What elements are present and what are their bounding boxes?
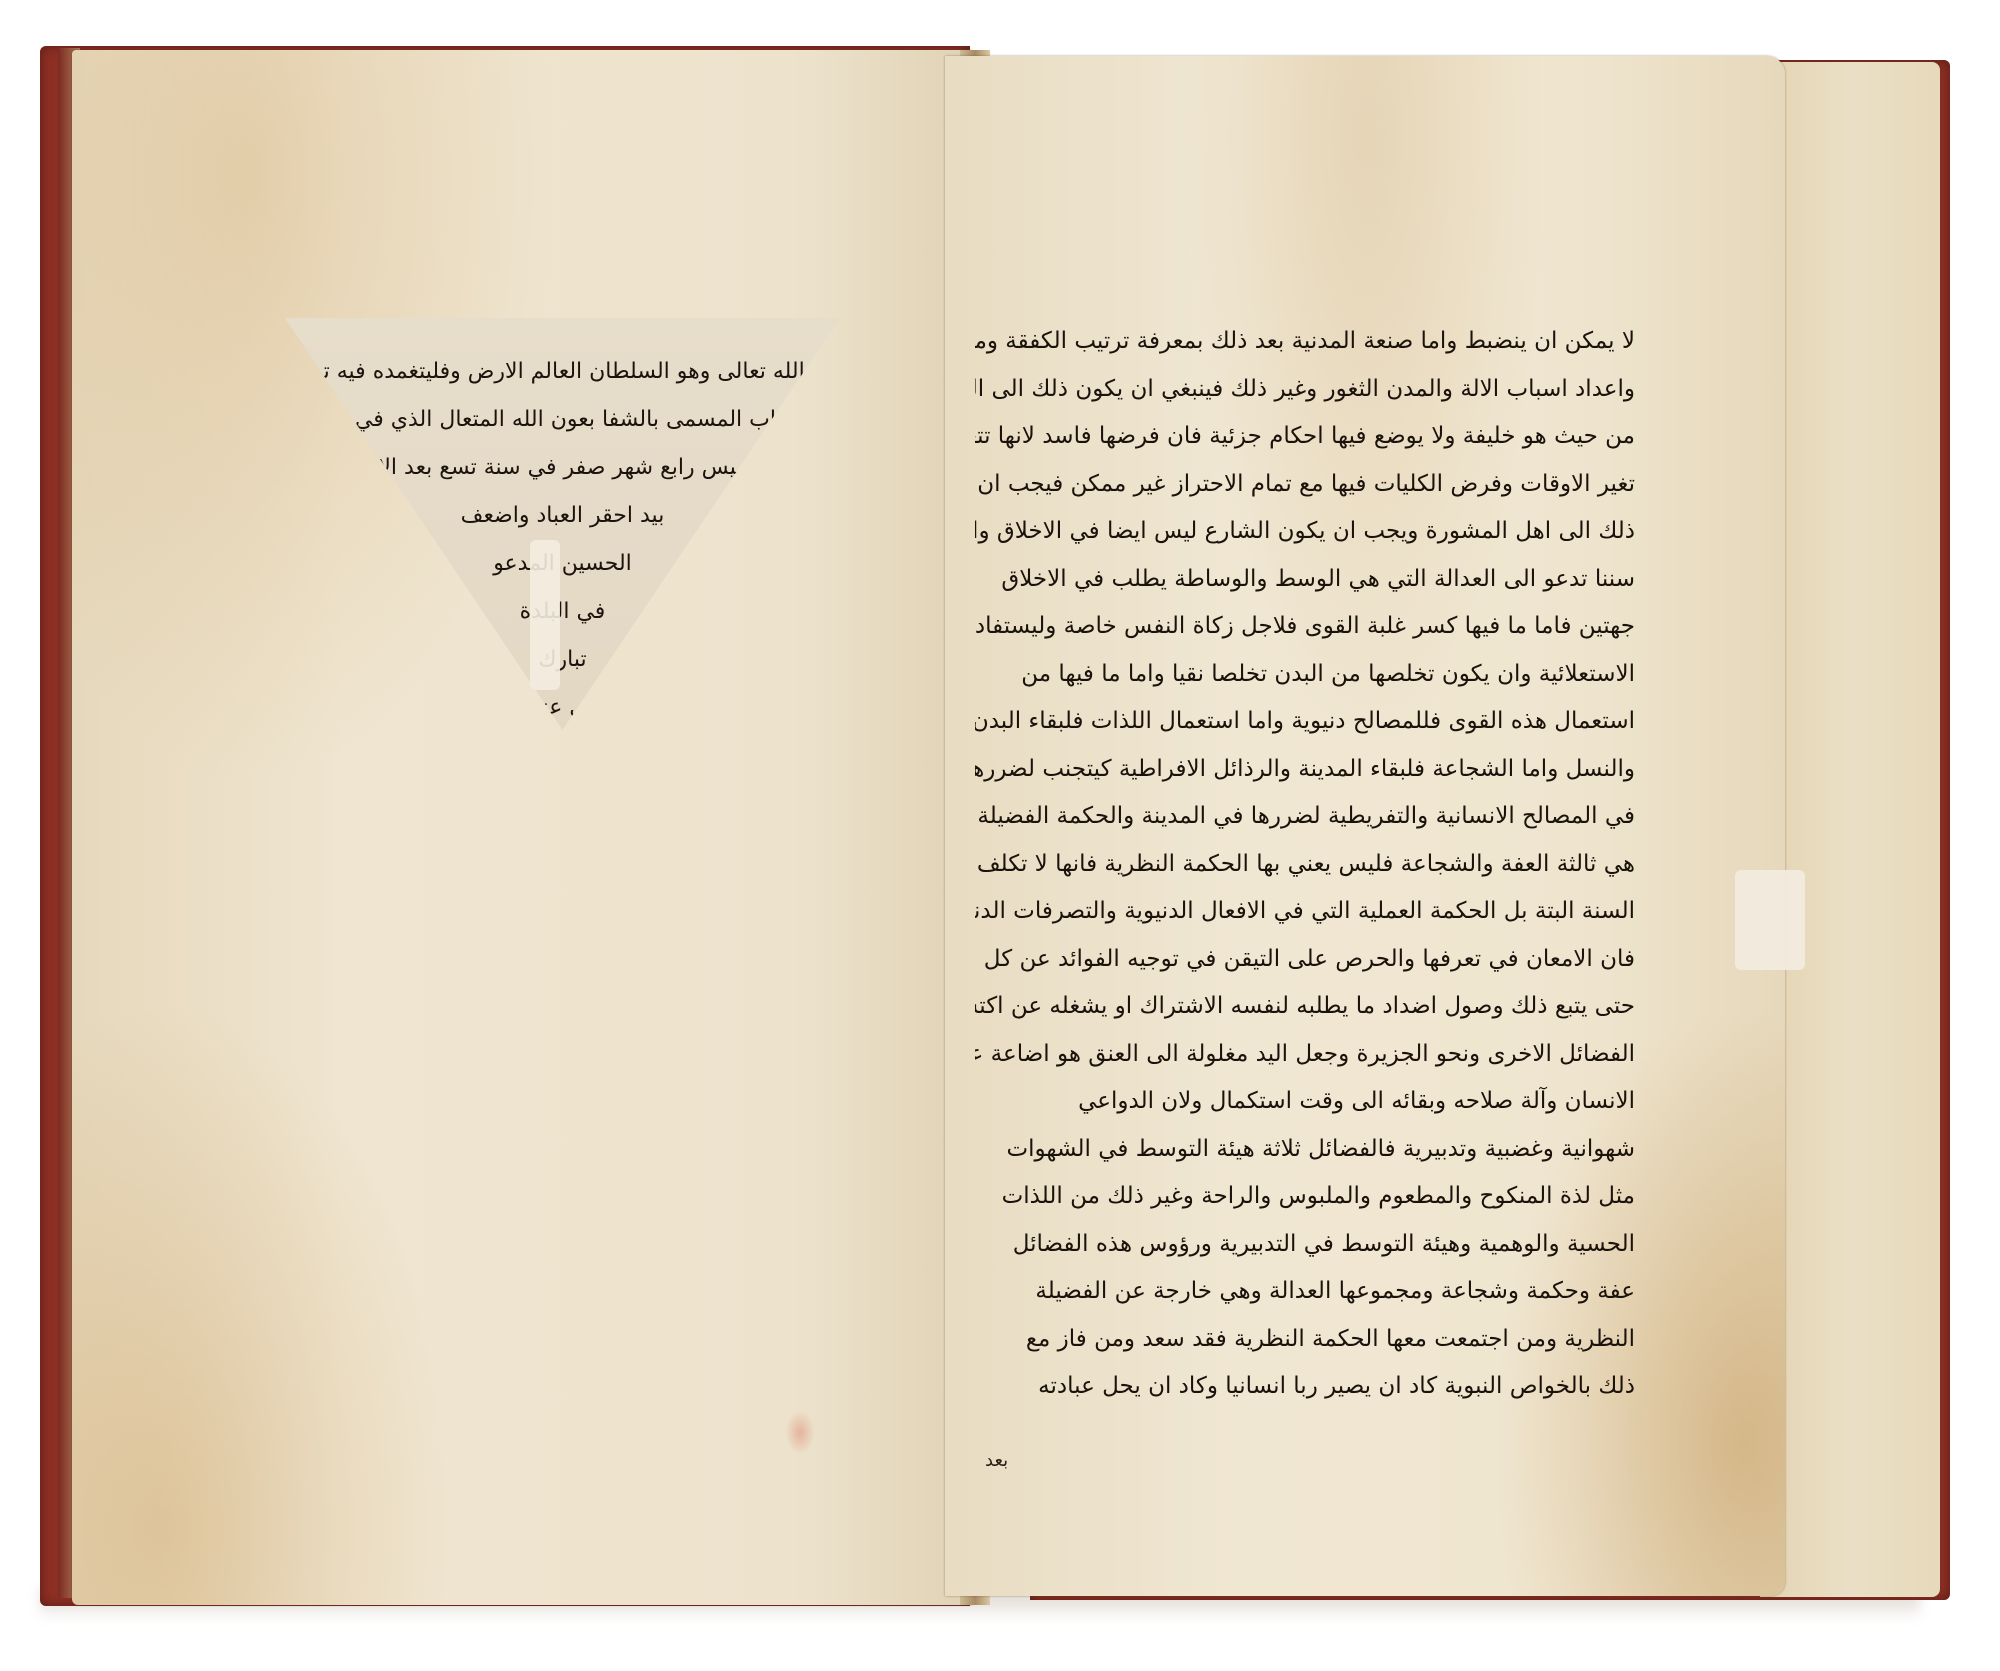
text-line: حتى يتبع ذلك وصول اضداد ما يطلبه لنفسه ا… (975, 983, 1635, 1031)
paper-repair-patch (1735, 870, 1805, 970)
text-line: شهوانية وغضبية وتدبيرية فالفضائل ثلاثة ه… (975, 1126, 1635, 1174)
catchword: بعد (985, 1450, 1008, 1471)
red-ink-stain (785, 1410, 815, 1455)
text-line: عفة وحكمة وشجاعة ومجموعها العدالة وهي خا… (975, 1268, 1635, 1316)
text-line: في المصالح الانسانية والتفريطية لضررها ف… (975, 793, 1635, 841)
text-line: الانسان وآلة صلاحه وبقائه الى وقت استكما… (975, 1078, 1635, 1126)
main-text-block: لا يمكن ان ينضبط واما صنعة المدنية بعد ذ… (975, 318, 1635, 1411)
colophon-line: بعد الله تعالى وهو السلطان العالم الارض … (285, 348, 840, 396)
text-line: الحسية والوهمية وهيئة التوسط في التدبيري… (975, 1221, 1635, 1269)
text-line: واعداد اسباب الالة والمدن الثغور وغير ذل… (975, 366, 1635, 414)
text-line: هي ثالثة العفة والشجاعة فليس يعني بها ال… (975, 841, 1635, 889)
text-line: النظرية ومن اجتمعت معها الحكمة النظرية ف… (975, 1316, 1635, 1364)
text-line: ذلك الى اهل المشورة ويجب ان يكون الشارع … (975, 508, 1635, 556)
paper-damage-hole (530, 540, 560, 690)
text-line: ذلك بالخواص النبوية كاد ان يصير ربا انسا… (975, 1363, 1635, 1411)
text-line: من حيث هو خليفة ولا يوضع فيها احكام جزئي… (975, 413, 1635, 461)
left-page (72, 50, 972, 1605)
right-page-underlying-leaves (1760, 62, 1940, 1597)
text-line: فان الامعان في تعرفها والحرص على التيقن … (975, 936, 1635, 984)
text-line: مثل لذة المنكوح والمطعوم والملبوس والراح… (975, 1173, 1635, 1221)
colophon-line: الكتاب المسمى بالشفا بعون الله المتعال ا… (285, 396, 840, 444)
text-line: الفضائل الاخرى ونحو الجزيرة وجعل اليد مغ… (975, 1031, 1635, 1079)
text-line: السنة البتة بل الحكمة العملية التي في ال… (975, 888, 1635, 936)
text-line: جهتين فاما ما فيها كسر غلبة القوى فلاجل … (975, 603, 1635, 651)
text-line: تغير الاوقات وفرض الكليات فيها مع تمام ا… (975, 461, 1635, 509)
text-line: والنسل واما الشجاعة فلبقاء المدينة والرذ… (975, 746, 1635, 794)
text-line: لا يمكن ان ينضبط واما صنعة المدنية بعد ذ… (975, 318, 1635, 366)
text-line: سننا تدعو الى العدالة التي هي الوسط والو… (975, 556, 1635, 604)
text-line: الاستعلائية وان يكون تخلصها من البدن تخل… (975, 651, 1635, 699)
text-line: استعمال هذه القوى فللمصالح دنيوية واما ا… (975, 698, 1635, 746)
